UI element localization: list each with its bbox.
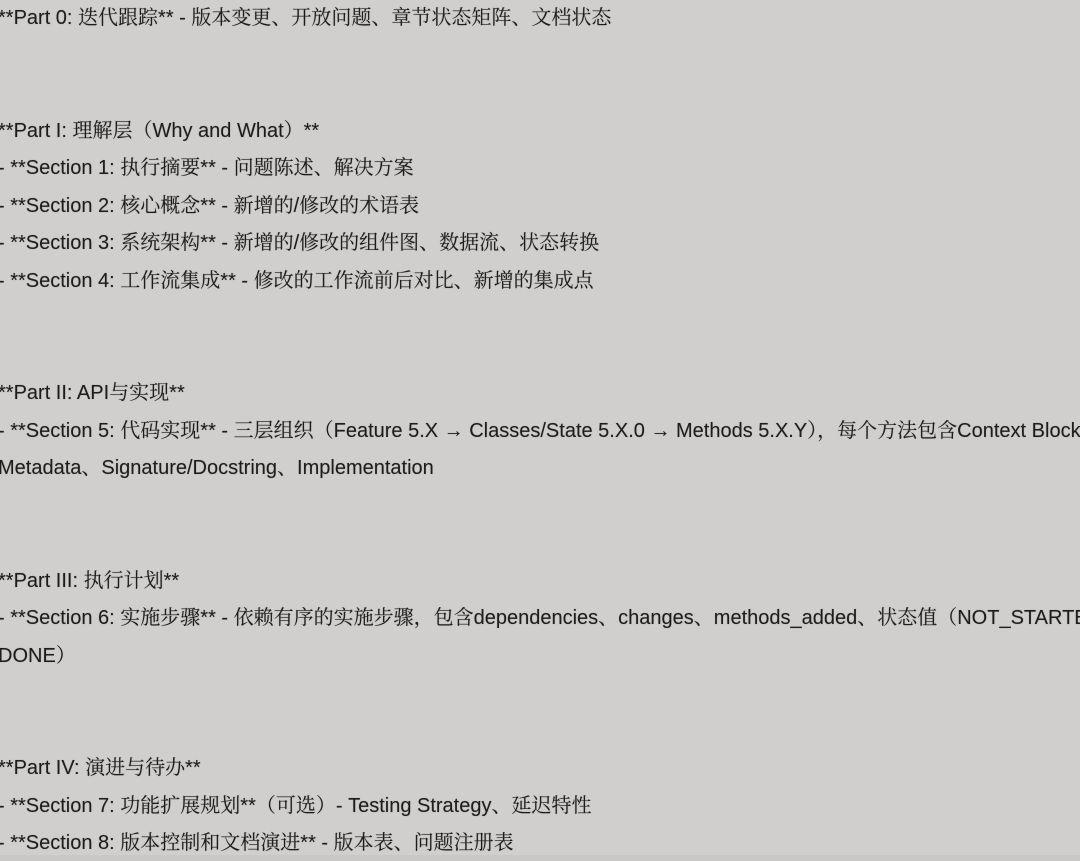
text-line: **Part 0: 迭代跟踪** - 版本变更、开放问题、章节状态矩阵、文档状态 <box>0 0 1080 38</box>
text-line: - **Section 3: 系统架构** - 新增的/修改的组件图、数据流、状… <box>0 225 1080 263</box>
text-line: - **Section 6: 实施步骤** - 依赖有序的实施步骤，包含depe… <box>0 600 1080 638</box>
text-line: - **Section 7: 功能扩展规划**（可选）- Testing Str… <box>0 788 1080 826</box>
blank-line <box>0 675 1080 713</box>
text-line: DONE） <box>0 638 1080 676</box>
bottom-edge-strip <box>0 855 1080 861</box>
blank-line <box>0 488 1080 526</box>
text-line: - **Section 1: 执行摘要** - 问题陈述、解决方案 <box>0 150 1080 188</box>
text-line: Metadata、Signature/Docstring、Implementat… <box>0 450 1080 488</box>
text-line: **Part III: 执行计划** <box>0 563 1080 601</box>
text-line: **Part I: 理解层（Why and What）** <box>0 113 1080 151</box>
blank-line <box>0 38 1080 76</box>
text-line: **Part IV: 演进与待办** <box>0 750 1080 788</box>
blank-line <box>0 300 1080 338</box>
blank-line <box>0 75 1080 113</box>
text-line: **Part II: API与实现** <box>0 375 1080 413</box>
blank-line <box>0 525 1080 563</box>
document-text-block: **Part 0: 迭代跟踪** - 版本变更、开放问题、章节状态矩阵、文档状态… <box>0 0 1080 861</box>
document-page: **Part 0: 迭代跟踪** - 版本变更、开放问题、章节状态矩阵、文档状态… <box>0 0 1080 861</box>
text-line: - **Section 5: 代码实现** - 三层组织（Feature 5.X… <box>0 413 1080 451</box>
text-line: - **Section 2: 核心概念** - 新增的/修改的术语表 <box>0 188 1080 226</box>
blank-line <box>0 713 1080 751</box>
text-line: - **Section 4: 工作流集成** - 修改的工作流前后对比、新增的集… <box>0 263 1080 301</box>
blank-line <box>0 338 1080 376</box>
